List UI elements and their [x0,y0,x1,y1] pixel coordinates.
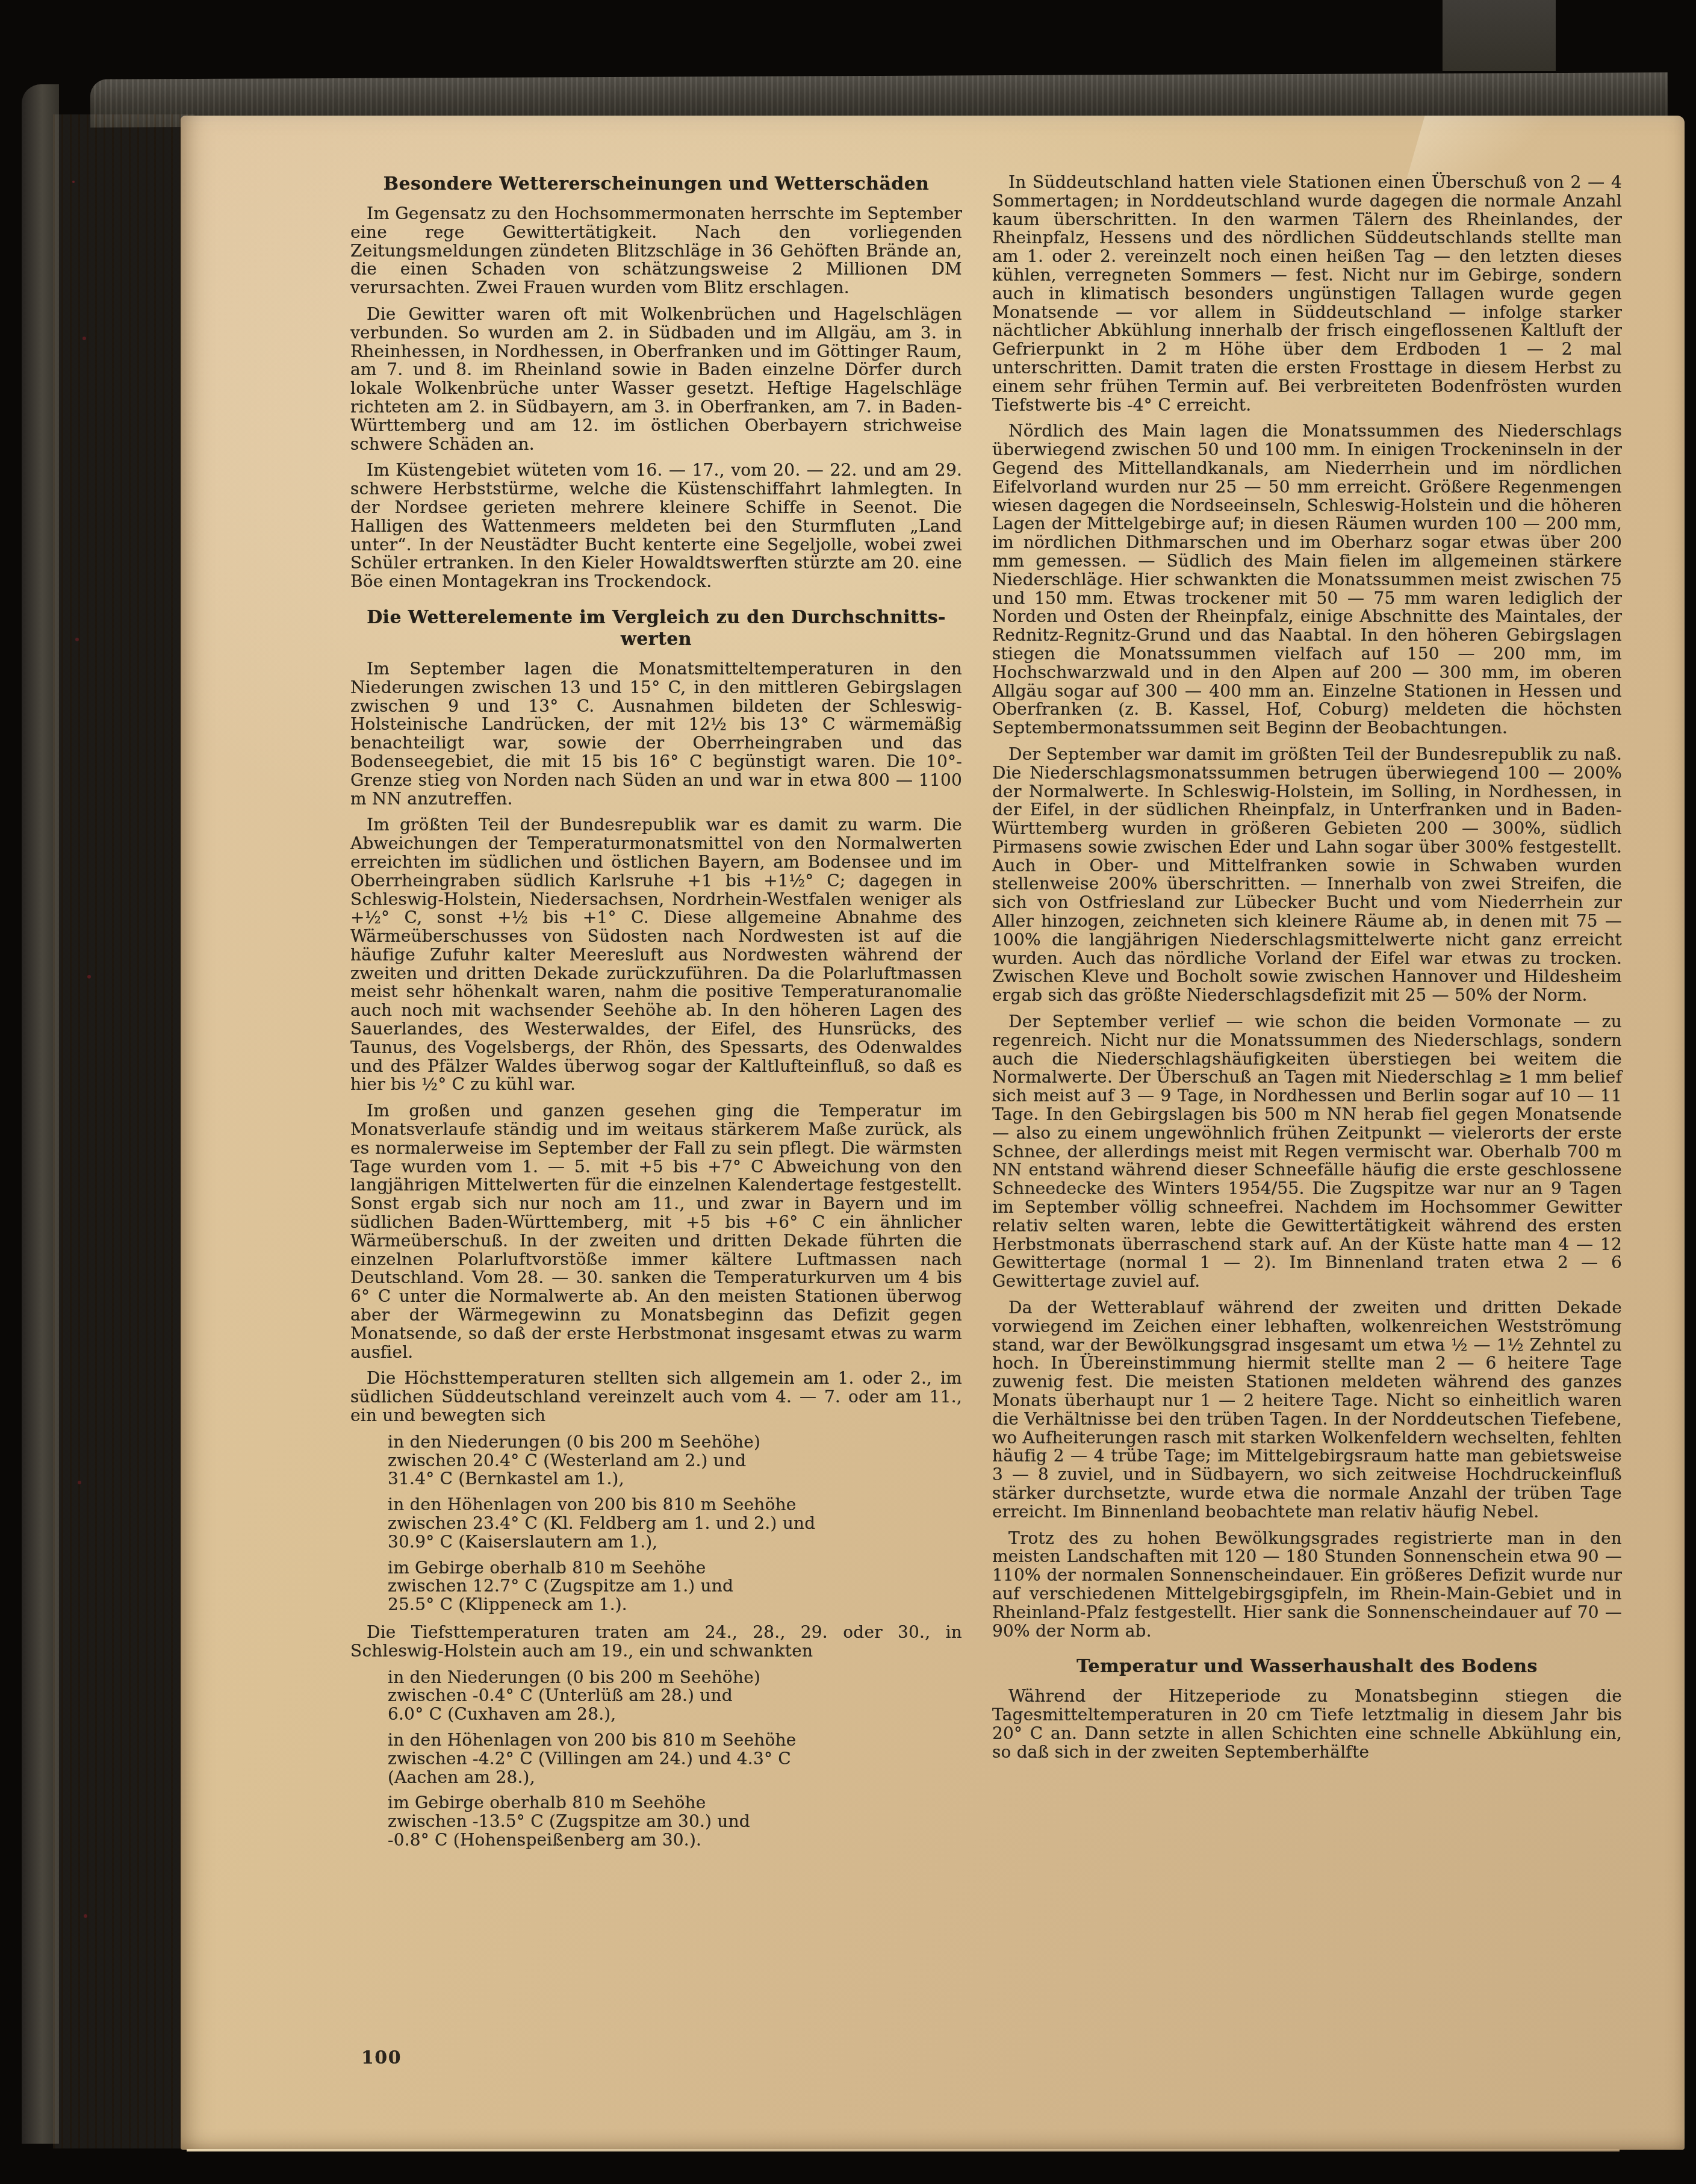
section-heading: Besondere Wettererscheinungen und Wetter… [350,173,962,195]
value-line: zwischen 12.7° C (Zugspitze am 1.) und [388,1577,962,1596]
paragraph: Im Küstengebiet wüteten vom 16. — 17., v… [350,461,962,591]
value-line: zwischen 23.4° C (Kl. Feldberg am 1. und… [388,1514,962,1533]
paragraph: Die Tiefsttemperaturen traten am 24., 28… [350,1623,962,1661]
value-group: in den Höhenlagen von 200 bis 810 m Seeh… [388,1731,962,1787]
value-line: zwischen 20.4° C (Westerland am 2.) und [388,1452,962,1470]
section-heading: Temperatur und Wasserhaushalt des Bodens [992,1656,1622,1678]
value-group: in den Niederungen (0 bis 200 m Seehöhe)… [388,1433,962,1489]
value-line: zwischen -0.4° C (Unterlüß am 28.) und [388,1687,962,1705]
value-group: im Gebirge oberhalb 810 m Seehöhezwische… [388,1794,962,1849]
paragraph: Die Höchsttemperaturen stellten sich all… [350,1369,962,1425]
paragraph: Nördlich des Main lagen die Monatssummen… [992,422,1622,738]
paragraph: Trotz des zu hohen Bewölkungsgrades regi… [992,1529,1622,1641]
paragraph: Im größten Teil der Bundesrepublik war e… [350,816,962,1094]
value-line: 25.5° C (Klippeneck am 1.). [388,1596,962,1614]
section-heading-line: Die Wetterelemente im Vergleich zu den D… [350,607,962,629]
value-line: -0.8° C (Hohenspeißenberg am 30.). [388,1831,962,1850]
paragraph: Da der Wetterablauf während der zweiten … [992,1299,1622,1522]
cover-corner-patch [1443,0,1556,71]
scan-background: Besondere Wettererscheinungen und Wetter… [0,0,1696,2184]
page-bottom-edge-highlight [187,2149,1620,2151]
left-text-column: Besondere Wettererscheinungen und Wetter… [350,173,962,1859]
value-line: in den Niederungen (0 bis 200 m Seehöhe) [388,1669,962,1687]
value-line: 31.4° C (Bernkastel am 1.), [388,1470,962,1489]
value-line: in den Niederungen (0 bis 200 m Seehöhe) [388,1433,962,1452]
section-heading: Die Wetterelemente im Vergleich zu den D… [350,607,962,650]
value-line: in den Höhenlagen von 200 bis 810 m Seeh… [388,1496,962,1514]
section-heading-line: Temperatur und Wasserhaushalt des Bodens [992,1656,1622,1678]
value-line: (Aachen am 28.), [388,1769,962,1787]
value-line: zwischen -4.2° C (Villingen am 24.) und … [388,1750,962,1769]
value-line: in den Höhenlagen von 200 bis 810 m Seeh… [388,1731,962,1750]
book-page: Besondere Wettererscheinungen und Wetter… [181,116,1685,2150]
page-edge-speckles [72,181,75,183]
right-text-column: In Süddeutschland hatten viele Stationen… [992,173,1622,1770]
paragraph: Im großen und ganzen gesehen ging die Te… [350,1102,962,1361]
value-line: zwischen -13.5° C (Zugspitze am 30.) und [388,1812,962,1831]
paragraph: Der September verlief — wie schon die be… [992,1013,1622,1291]
value-line: im Gebirge oberhalb 810 m Seehöhe [388,1794,962,1812]
value-group: in den Niederungen (0 bis 200 m Seehöhe)… [388,1669,962,1724]
section-heading-line: Besondere Wettererscheinungen und Wetter… [350,173,962,195]
paragraph: Im Gegensatz zu den Hochsommermonaten he… [350,205,962,297]
value-group: in den Höhenlagen von 200 bis 810 m Seeh… [388,1496,962,1551]
page-number: 100 [361,2047,402,2068]
page-stack-edges [53,114,194,2148]
paragraph: Während der Hitzeperiode zu Monatsbeginn… [992,1687,1622,1761]
paragraph: Im September lagen die Monatsmitteltempe… [350,660,962,808]
value-line: im Gebirge oberhalb 810 m Seehöhe [388,1559,962,1578]
paragraph: Der September war damit im größten Teil … [992,745,1622,1005]
paragraph: Die Gewitter waren oft mit Wolkenbrüchen… [350,305,962,453]
value-line: 6.0° C (Cuxhaven am 28.), [388,1705,962,1724]
value-line: 30.9° C (Kaiserslautern am 1.), [388,1533,962,1552]
paragraph: In Süddeutschland hatten viele Stationen… [992,173,1622,414]
value-list: in den Niederungen (0 bis 200 m Seehöhe)… [388,1669,962,1850]
value-group: im Gebirge oberhalb 810 m Seehöhezwische… [388,1559,962,1614]
value-list: in den Niederungen (0 bis 200 m Seehöhe)… [388,1433,962,1614]
section-heading-line: werten [350,629,962,650]
